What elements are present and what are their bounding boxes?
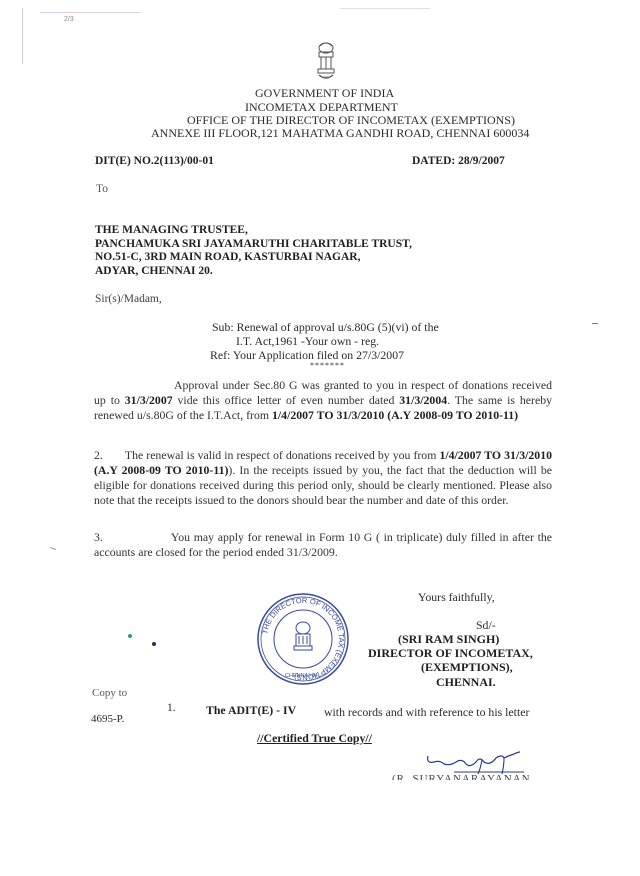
salutation: Sir(s)/Madam, bbox=[95, 293, 162, 305]
scan-artifact bbox=[50, 547, 56, 550]
scan-artifact bbox=[340, 8, 430, 9]
closing-yours-faithfully: Yours faithfully, bbox=[418, 590, 495, 605]
signatory-city: CHENNAI. bbox=[436, 675, 496, 690]
recipient-line: ADYAR, CHENNAI 20. bbox=[95, 265, 213, 277]
paragraph-3: 3.You may apply for renewal in Form 10 G… bbox=[94, 530, 552, 560]
copy-reference: 4695-P. bbox=[91, 713, 124, 725]
copy-recipient: The ADIT(E) - IV bbox=[206, 703, 296, 718]
letterhead-line-government: GOVERNMENT OF INDIA bbox=[255, 86, 394, 101]
scan-mark: 2/3 bbox=[64, 16, 74, 23]
reference-number: DIT(E) NO.2(113)/00-01 bbox=[95, 155, 214, 167]
recipient-line: THE MANAGING TRUSTEE, bbox=[95, 224, 248, 236]
certified-true-copy: //Certified True Copy// bbox=[257, 731, 372, 746]
copy-to-label: Copy to bbox=[92, 687, 127, 699]
scan-artifact bbox=[592, 323, 598, 324]
reference-line: Ref: Your Application filed on 27/3/2007 bbox=[210, 348, 404, 363]
state-emblem-of-india-icon bbox=[310, 40, 342, 84]
paragraph-2: 2.The renewal is valid in respect of don… bbox=[94, 448, 552, 508]
stamp-bottom-text: CHENNAI-34 bbox=[285, 673, 318, 679]
to-label: To bbox=[96, 183, 108, 195]
attesting-officer-name: (R. SURYANARAYANAN bbox=[392, 772, 531, 780]
recipient-line: PANCHAMUKA SRI JAYAMARUTHI CHARITABLE TR… bbox=[95, 238, 412, 250]
copy-item-number: 1. bbox=[167, 702, 176, 714]
separator: ******* bbox=[310, 361, 345, 370]
recipient-line: NO.51-C, 3RD MAIN ROAD, KASTURBAI NAGAR, bbox=[95, 251, 360, 263]
ink-dot bbox=[128, 634, 132, 638]
subject-line: Sub: Renewal of approval u/s.80G (5)(vi)… bbox=[212, 320, 439, 335]
signatory-title: DIRECTOR OF INCOMETAX, bbox=[368, 646, 533, 661]
letter-date: DATED: 28/9/2007 bbox=[412, 155, 505, 167]
subject-line: I.T. Act,1961 -Your own - reg. bbox=[236, 334, 379, 349]
office-seal-icon: THE DIRECTOR OF INCOME TAX (EXEMPTIONS) bbox=[256, 592, 350, 686]
signatory-name: (SRI RAM SINGH) bbox=[398, 632, 499, 647]
signatory-title: (EXEMPTIONS), bbox=[421, 660, 513, 675]
letterhead-line-address: ANNEXE III FLOOR,121 MAHATMA GANDHI ROAD… bbox=[151, 126, 529, 141]
scan-artifact bbox=[40, 12, 140, 13]
signed-mark: Sd/- bbox=[476, 618, 496, 633]
paragraph-1: Approval under Sec.80 G was granted to y… bbox=[94, 378, 552, 423]
ink-dot bbox=[152, 642, 156, 646]
scan-edge bbox=[22, 8, 23, 64]
copy-instruction: with records and with reference to his l… bbox=[324, 705, 529, 720]
